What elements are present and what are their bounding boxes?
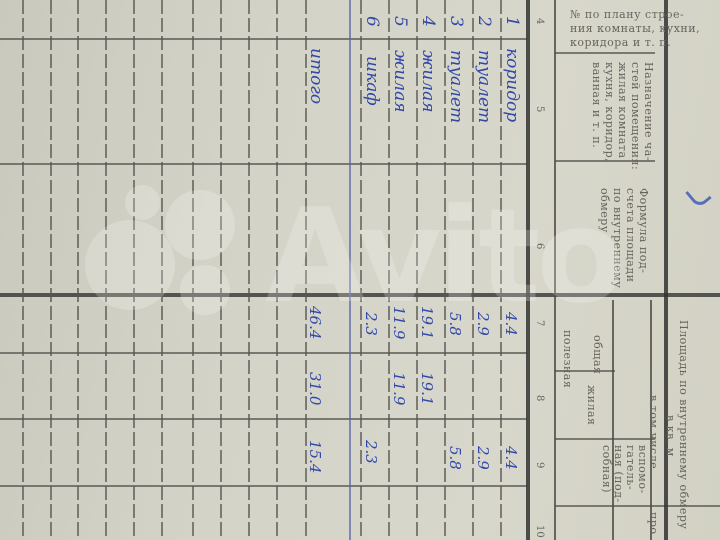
row-1-number: 1 <box>502 16 522 27</box>
row-line <box>105 0 107 540</box>
row-6-auxiliary: 2.3 <box>362 440 380 464</box>
header-col6: Формула под- счета площади по внутреннем… <box>598 188 650 288</box>
row-line <box>22 0 24 540</box>
col-number-10: 10 <box>534 525 545 538</box>
row-line <box>133 0 135 540</box>
row-6-number: 6 <box>362 16 382 27</box>
row-line <box>77 0 79 540</box>
header-col4: № по плану строе- ния комнаты, кухни, ко… <box>570 8 720 50</box>
row-1-auxiliary: 4.4 <box>502 446 520 470</box>
row-2-total: 2.9 <box>474 312 492 336</box>
row-5-purpose: жилая <box>390 50 410 113</box>
col-number-4: 4 <box>534 18 545 24</box>
header-border <box>554 0 556 540</box>
divider-col5-col6 <box>0 163 527 165</box>
header-divider <box>555 505 720 507</box>
totals-auxiliary: 15.4 <box>306 440 324 473</box>
row-3-auxiliary: 5.8 <box>446 446 464 470</box>
row-line <box>161 0 163 540</box>
row-line <box>192 0 194 540</box>
pen-mark <box>685 182 712 209</box>
document-photo: 4 5 6 7 8 9 10 № по плану строе- ния ком… <box>0 0 720 540</box>
row-1-purpose: коридор <box>502 48 522 122</box>
divider-col9-col10 <box>0 485 527 487</box>
header-area-group: Площадь по внутреннему обмеру в кв. м <box>664 320 690 529</box>
header-col10: про <box>646 512 660 535</box>
row-3-number: 3 <box>446 16 466 27</box>
row-4-total: 19.1 <box>418 306 436 339</box>
row-5-number: 5 <box>390 16 410 27</box>
header-divider <box>555 438 655 440</box>
col-number-6: 6 <box>534 243 545 249</box>
row-1-total: 4.4 <box>502 312 520 336</box>
row-5-total: 11.9 <box>390 306 408 339</box>
header-group-border <box>612 300 614 540</box>
row-3-purpose: туалет <box>446 50 466 123</box>
row-2-purpose: туалет <box>474 50 494 123</box>
row-line <box>276 0 278 540</box>
row-line <box>50 0 52 540</box>
row-3-total: 5.8 <box>446 312 464 336</box>
header-col9: вспомо- гатель- ная (под- собная) <box>600 445 648 503</box>
row-line <box>220 0 222 540</box>
row-4-living: 19.1 <box>418 372 436 405</box>
header-divider <box>555 52 655 54</box>
col-number-5: 5 <box>534 106 545 112</box>
col-number-9: 9 <box>534 462 545 468</box>
col-number-7: 7 <box>534 320 545 326</box>
divider-col8-col9 <box>0 418 527 420</box>
col-number-8: 8 <box>534 395 545 401</box>
row-4-number: 4 <box>418 16 438 27</box>
row-6-purpose: шкаф <box>362 56 382 106</box>
row-4-purpose: жилая <box>418 50 438 113</box>
divider-col7-col8 <box>0 352 527 354</box>
totals-label: итого <box>306 48 326 104</box>
row-line <box>248 0 250 540</box>
total-underline <box>349 0 351 540</box>
header-col8: жилая <box>584 385 598 425</box>
divider-col4-col5 <box>0 38 527 40</box>
table-border <box>526 0 530 540</box>
row-5-living: 11.9 <box>390 372 408 405</box>
header-col5: Назначение ча- стей помещения: жилая ком… <box>590 62 655 170</box>
row-2-number: 2 <box>474 16 494 27</box>
row-6-total: 2.3 <box>362 312 380 336</box>
totals-living: 31.0 <box>306 372 324 405</box>
header-col7: общая полезная <box>552 330 612 388</box>
totals-total: 46.4 <box>306 306 324 339</box>
row-2-auxiliary: 2.9 <box>474 446 492 470</box>
